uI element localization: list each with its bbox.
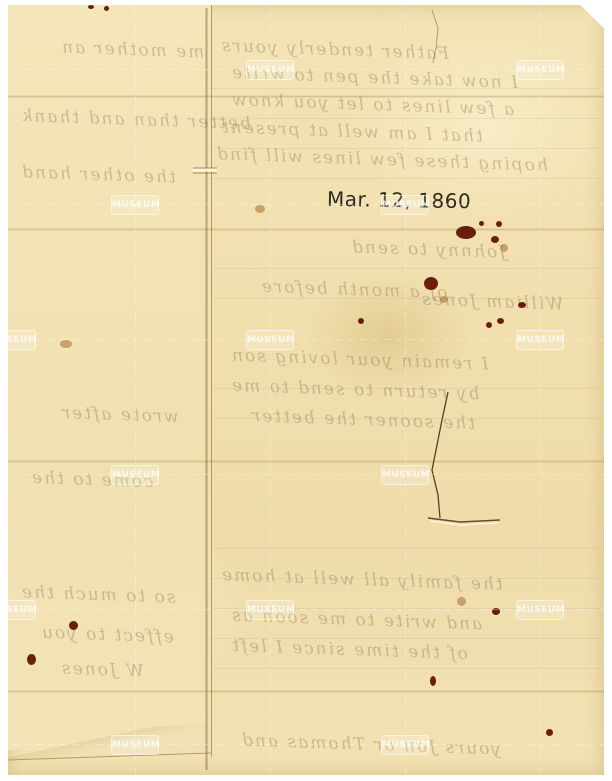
museum-watermark: MUSEUM: [381, 735, 429, 755]
horizontal-fold: [8, 228, 604, 231]
ink-stain: [518, 302, 526, 308]
watermark-grid: [135, 0, 136, 781]
museum-watermark: MUSEUM: [516, 330, 564, 350]
ink-stain: [491, 236, 499, 243]
bleed-through-script: W Jones: [60, 659, 144, 682]
ink-stain: [496, 221, 502, 227]
ink-stain: [424, 277, 438, 290]
horizontal-fold: [8, 690, 604, 693]
watermark-grid: [270, 0, 271, 781]
museum-watermark: MUSEUM: [381, 195, 429, 215]
ink-stain: [88, 5, 94, 9]
faint-stain: [440, 296, 448, 303]
museum-watermark: MUSEUM: [516, 600, 564, 620]
museum-watermark: MUSEUM: [0, 330, 36, 350]
horizontal-fold: [8, 460, 604, 463]
museum-watermark: MUSEUM: [246, 600, 294, 620]
ink-stain: [27, 654, 36, 665]
ink-stain: [456, 226, 476, 239]
ink-stain: [430, 676, 436, 686]
bleed-through-script: wrote after: [60, 403, 179, 427]
faint-stain: [457, 597, 466, 606]
ink-stain: [104, 6, 109, 11]
museum-watermark: MUSEUM: [246, 330, 294, 350]
ink-stain: [497, 318, 504, 324]
ink-stain: [486, 322, 492, 328]
ink-stain: [358, 318, 364, 324]
ink-stain: [546, 729, 553, 736]
watermark-grid: [0, 474, 612, 475]
museum-watermark: MUSEUM: [381, 465, 429, 485]
letter-document: Father tenderly yours me mother an I now…: [0, 0, 612, 781]
faint-stain: [60, 340, 72, 348]
watermark-grid: [540, 0, 541, 781]
watermark-grid: [0, 204, 612, 205]
museum-watermark: MUSEUM: [516, 60, 564, 80]
museum-watermark: MUSEUM: [246, 60, 294, 80]
museum-watermark: MUSEUM: [0, 600, 36, 620]
faint-stain: [255, 205, 265, 213]
ink-stain: [69, 621, 78, 630]
museum-watermark: MUSEUM: [111, 735, 159, 755]
faint-stain: [500, 244, 508, 252]
watermark-grid: [405, 0, 406, 781]
watermark-grid: [0, 744, 612, 745]
museum-watermark: MUSEUM: [111, 195, 159, 215]
ink-stain: [479, 221, 484, 226]
museum-watermark: MUSEUM: [111, 465, 159, 485]
